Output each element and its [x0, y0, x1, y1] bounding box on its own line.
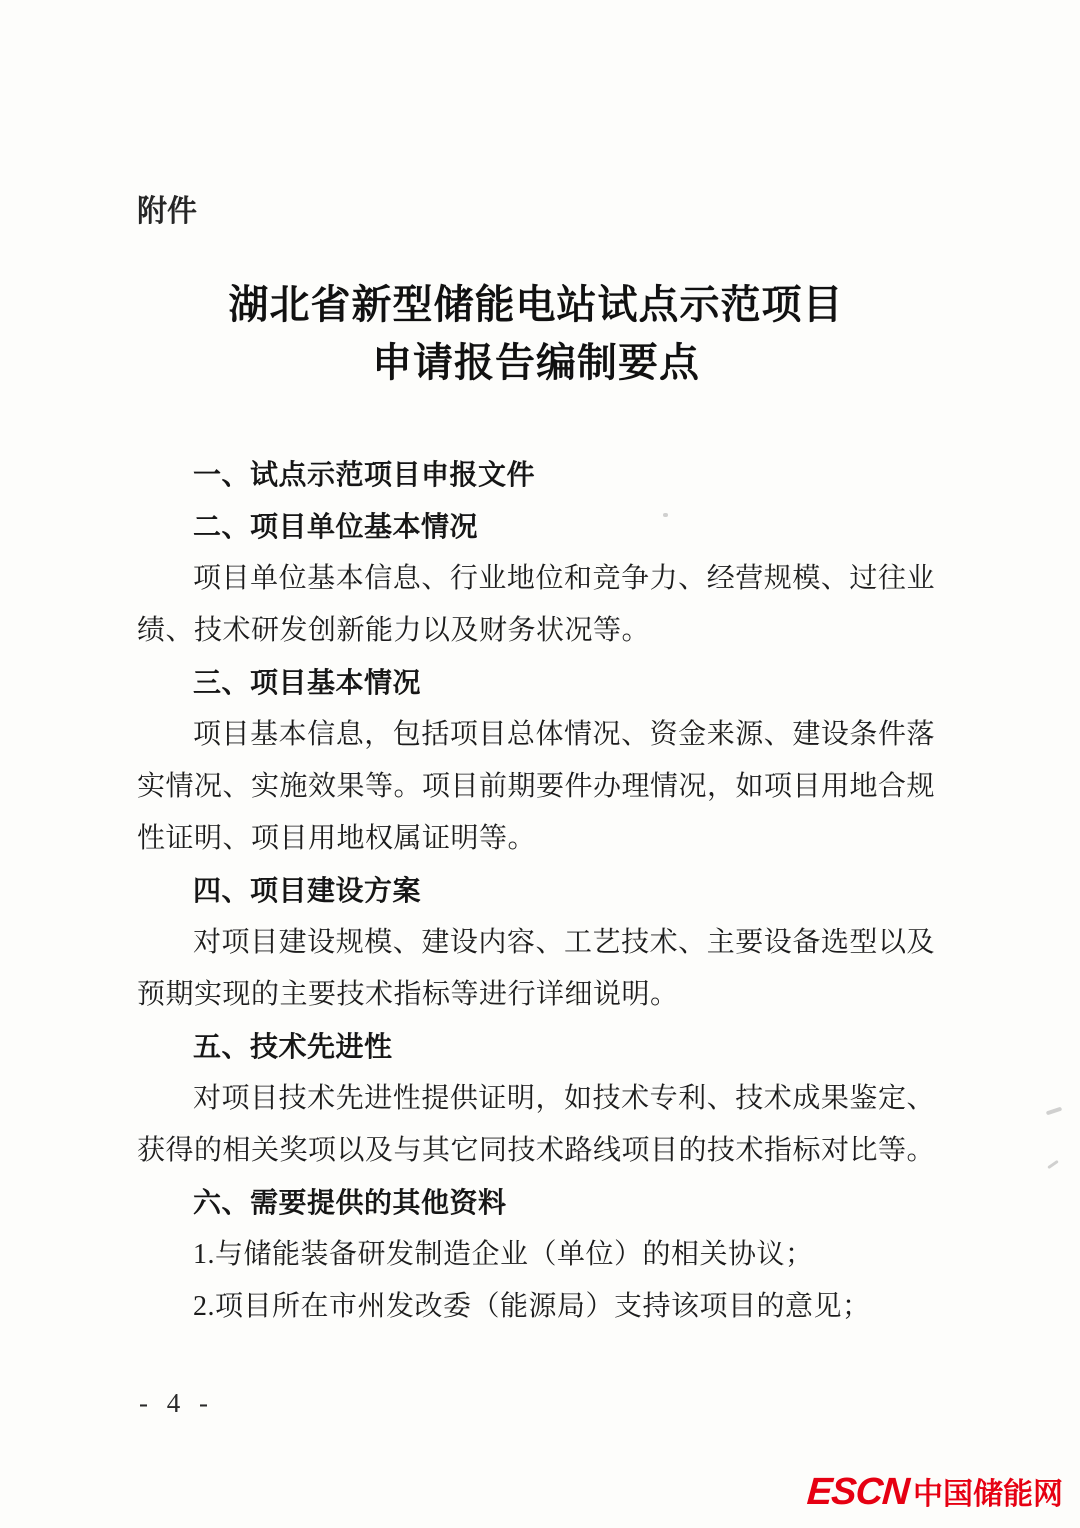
list-item: 2.项目所在市州发改委（能源局）支持该项目的意见；: [137, 1281, 935, 1333]
paragraph-line: 获得的相关奖项以及与其它同技术路线项目的技术指标对比等。: [137, 1125, 935, 1177]
section-heading: 四、项目建设方案: [137, 865, 935, 917]
document-title: 湖北省新型储能电站试点示范项目 申请报告编制要点: [137, 276, 935, 392]
attachment-label: 附件: [137, 186, 197, 230]
escn-logo-en-text: ESCN: [806, 1471, 911, 1514]
document-title-line1: 湖北省新型储能电站试点示范项目: [137, 276, 935, 334]
list-item: 1.与储能装备研发制造企业（单位）的相关协议；: [137, 1229, 935, 1281]
page-number: - 4 -: [139, 1388, 214, 1419]
scan-artifact: [1046, 1107, 1062, 1116]
paragraph-line: 对项目技术先进性提供证明，如技术专利、技术成果鉴定、: [137, 1073, 935, 1125]
section-heading: 二、项目单位基本情况: [137, 501, 935, 553]
document-title-line2: 申请报告编制要点: [137, 334, 935, 392]
section-heading: 五、技术先进性: [137, 1021, 935, 1073]
section-heading: 一、试点示范项目申报文件: [137, 449, 935, 501]
paragraph-line: 项目基本信息，包括项目总体情况、资金来源、建设条件落: [137, 709, 935, 761]
paragraph-line: 性证明、项目用地权属证明等。: [137, 813, 935, 865]
paragraph-line: 实情况、实施效果等。项目前期要件办理情况，如项目用地合规: [137, 761, 935, 813]
document-body: 一、试点示范项目申报文件二、项目单位基本情况项目单位基本信息、行业地位和竞争力、…: [137, 449, 935, 1333]
paragraph-line: 绩、技术研发创新能力以及财务状况等。: [137, 605, 935, 657]
paragraph-line: 对项目建设规模、建设内容、工艺技术、主要设备选型以及: [137, 917, 935, 969]
scan-artifact: [663, 513, 668, 517]
paragraph-line: 预期实现的主要技术指标等进行详细说明。: [137, 969, 935, 1021]
section-heading: 三、项目基本情况: [137, 657, 935, 709]
scan-artifact: [1047, 1160, 1059, 1169]
escn-logo-cn-text: 中国储能网: [913, 1469, 1063, 1513]
document-page: 附件 湖北省新型储能电站试点示范项目 申请报告编制要点 一、试点示范项目申报文件…: [0, 0, 1080, 1528]
paragraph-line: 项目单位基本信息、行业地位和竞争力、经营规模、过往业: [137, 553, 935, 605]
escn-logo: ESCN 中国储能网: [807, 1469, 1063, 1514]
section-heading: 六、需要提供的其他资料: [137, 1177, 935, 1229]
